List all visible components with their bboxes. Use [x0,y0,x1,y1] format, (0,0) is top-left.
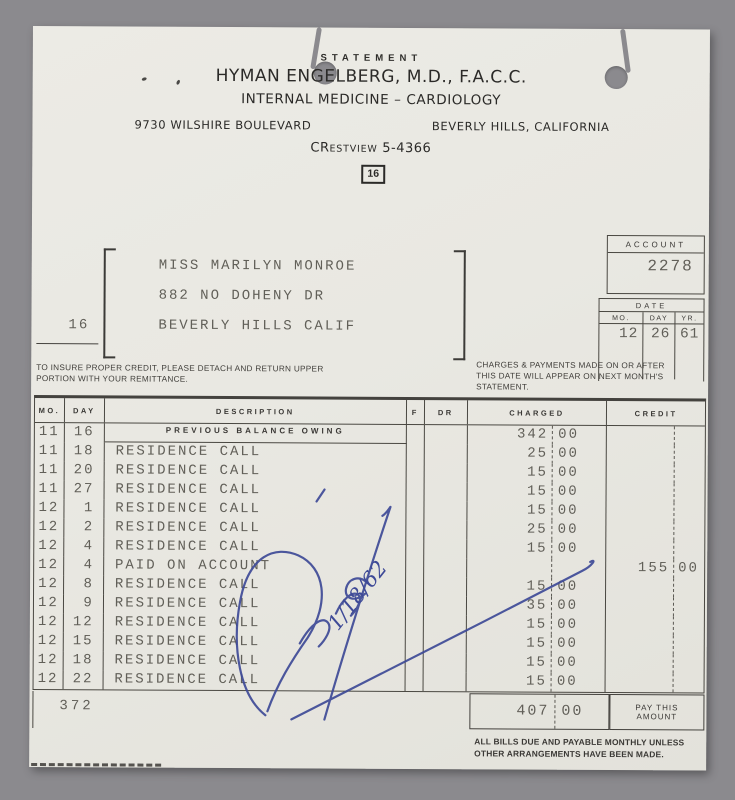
cell-credit: 15500 [606,559,704,579]
footer-code: 372 [59,698,93,714]
col-header-credit: CREDIT [607,401,705,426]
cell-charged: 34200 [468,425,608,445]
pay-this-amount-box: PAY THIS AMOUNT [609,694,704,730]
cell-dr [424,520,467,539]
account-number: 2278 [608,253,704,276]
billing-terms: ALL BILLS DUE AND PAYABLE MONTHLY UNLESS… [474,736,706,760]
cell-description: RESIDENCE CALL [104,499,406,520]
cell-dr [424,539,467,558]
table-row: 12 22 RESIDENCE CALL 1500 [34,670,704,693]
cell-day: 2 [64,518,104,537]
cell-dr [424,482,467,501]
cell-day: 15 [64,632,104,651]
cell-month: 12 [34,518,64,537]
cell-description: RESIDENCE CALL [105,442,407,463]
cell-month: 12 [34,613,64,632]
cell-credit [607,540,705,560]
col-header-mo: MO. [35,398,65,422]
charges-table: MO. DAY DESCRIPTION F DR CHARGED CREDIT … [33,395,707,694]
cell-description: RESIDENCE CALL [104,594,406,615]
cell-charged: 2500 [467,444,607,464]
city-address: BEVERLY HILLS, CALIFORNIA [432,119,610,134]
cell-day: 8 [64,575,104,594]
cell-charged: 1500 [467,615,607,635]
cell-charged: 1500 [467,482,607,502]
cell-charged: 1500 [467,463,607,483]
address-line: 9730 WILSHIRE BOULEVARD BEVERLY HILLS, C… [134,118,609,134]
col-header-day: DAY [65,398,105,422]
cell-month: 12 [34,670,64,689]
account-label: ACCOUNT [608,236,704,254]
cell-f [406,653,424,672]
cell-description: RESIDENCE CALL [104,613,406,634]
reference-number: 16 [68,317,89,333]
col-header-dr: DR [425,400,468,424]
cell-credit [607,521,705,541]
total-amount-box: 407 00 [469,693,609,730]
cell-credit [606,654,704,674]
cell-month: 11 [35,480,65,499]
cell-description: RESIDENCE CALL [104,632,406,653]
cell-f [405,672,423,691]
cell-dr [424,501,467,520]
cell-month: 12 [34,632,64,651]
cell-charged: 2500 [467,520,607,540]
patient-name: MISS MARILYN MONROE [159,251,357,282]
table-header-row: MO. DAY DESCRIPTION F DR CHARGED CREDIT [35,398,705,427]
table-body: 11 16 PREVIOUS BALANCE OWING 34200 11 18… [34,423,705,693]
cell-month: 12 [34,651,64,670]
cell-day: 16 [65,423,105,442]
perforation-edge [31,763,161,767]
col-header-charged: CHARGED [468,400,608,425]
cell-charged [467,558,607,578]
cell-month: 11 [35,442,65,461]
cell-charged: 1500 [466,672,606,692]
date-label: DATE [600,299,704,313]
cell-f [406,596,424,615]
statement-document: STATEMENT HYMAN ENGELBERG, M.D., F.A.C.C… [29,26,710,771]
cell-charged: 1500 [467,501,607,521]
address-bracket-left [103,248,116,358]
cell-dr [424,577,467,596]
cell-credit [607,502,705,522]
date-year: 61 [675,324,703,379]
cell-description: RESIDENCE CALL [104,461,406,482]
cell-f [406,520,424,539]
phone-line: CRESTVIEW 5-4366 [32,139,709,158]
cell-charged: 1500 [467,539,607,559]
cell-month: 12 [34,556,64,575]
cell-credit [606,616,704,636]
cell-day: 1 [64,499,104,518]
cell-f [406,615,424,634]
cell-charged: 1500 [466,653,606,673]
cell-description: RESIDENCE CALL [103,670,405,691]
cell-f [406,634,424,653]
photo-background: STATEMENT HYMAN ENGELBERG, M.D., F.A.C.C… [0,0,735,800]
cell-f [406,577,424,596]
cell-charged: 1500 [466,634,606,654]
cell-day: 4 [64,537,104,556]
cell-day: 4 [64,556,104,575]
address-bracket-right [453,250,466,360]
remittance-notice: TO INSURE PROPER CREDIT, PLEASE DETACH A… [36,362,336,386]
punch-hole-icon [620,29,631,73]
cell-f [407,463,425,482]
cell-dr [424,596,467,615]
cell-dr [423,672,466,691]
cell-description: RESIDENCE CALL [104,518,406,539]
patient-city: BEVERLY HILLS CALIF [158,311,356,342]
cell-day: 12 [64,613,104,632]
reference-underline [36,343,98,344]
col-header-f: F [407,400,425,424]
cell-charged: 3500 [467,596,607,616]
cell-day: 27 [64,480,104,499]
cell-day: 22 [63,670,103,689]
cell-f [406,501,424,520]
cell-dr [425,444,468,463]
date-column-headers: MO. DAY YR. [599,312,703,325]
cell-credit [607,426,705,446]
cell-description: PAID ON ACCOUNT [104,556,406,577]
cell-month: 11 [35,461,65,480]
cell-day: 20 [65,461,105,480]
cell-dr [424,463,467,482]
specialty-line: INTERNAL MEDICINE – CARDIOLOGY [33,90,710,110]
patient-street: 882 NO DOHENY DR [159,281,357,312]
cell-f [406,539,424,558]
cell-month: 12 [34,537,64,556]
form-number-box: 16 [361,165,385,184]
cell-description: RESIDENCE CALL [104,537,406,558]
doctor-name: HYMAN ENGELBERG, M.D., F.A.C.C. [33,65,710,89]
cell-credit [606,635,704,655]
cell-f [407,425,425,444]
cell-day: 18 [65,442,105,461]
statement-label: STATEMENT [33,51,710,66]
cell-description: RESIDENCE CALL [104,575,406,596]
cell-credit [606,597,704,617]
cell-month: 11 [35,423,65,442]
cell-f [407,444,425,463]
cell-f [406,482,424,501]
cell-charged: 1500 [467,577,607,597]
charges-notice: CHARGES & PAYMENTS MADE ON OR AFTER THIS… [476,359,676,393]
cell-month: 12 [34,499,64,518]
account-box: ACCOUNT 2278 [607,235,705,295]
cell-day: 9 [64,594,104,613]
cell-dr [424,615,467,634]
cell-dr [424,634,467,653]
cell-credit [606,578,704,598]
cell-description: RESIDENCE CALL [103,651,405,672]
cell-month: 12 [34,575,64,594]
total-cents: 00 [554,695,608,729]
cell-dr [424,558,467,577]
cell-description: PREVIOUS BALANCE OWING [105,423,407,444]
col-header-description: DESCRIPTION [105,398,407,424]
cell-credit [607,445,705,465]
patient-address-block: MISS MARILYN MONROE 882 NO DOHENY DR BEV… [158,251,356,342]
cell-credit [607,464,705,484]
cell-day: 18 [64,651,104,670]
footer-left-rule [32,691,33,728]
cell-f [406,558,424,577]
cell-credit [607,483,705,503]
cell-month: 12 [34,594,64,613]
cell-description: RESIDENCE CALL [104,480,406,501]
cell-dr [425,425,468,444]
cell-dr [423,653,466,672]
cell-credit [606,673,704,693]
street-address: 9730 WILSHIRE BOULEVARD [134,118,311,133]
total-dollars: 407 [470,694,554,728]
